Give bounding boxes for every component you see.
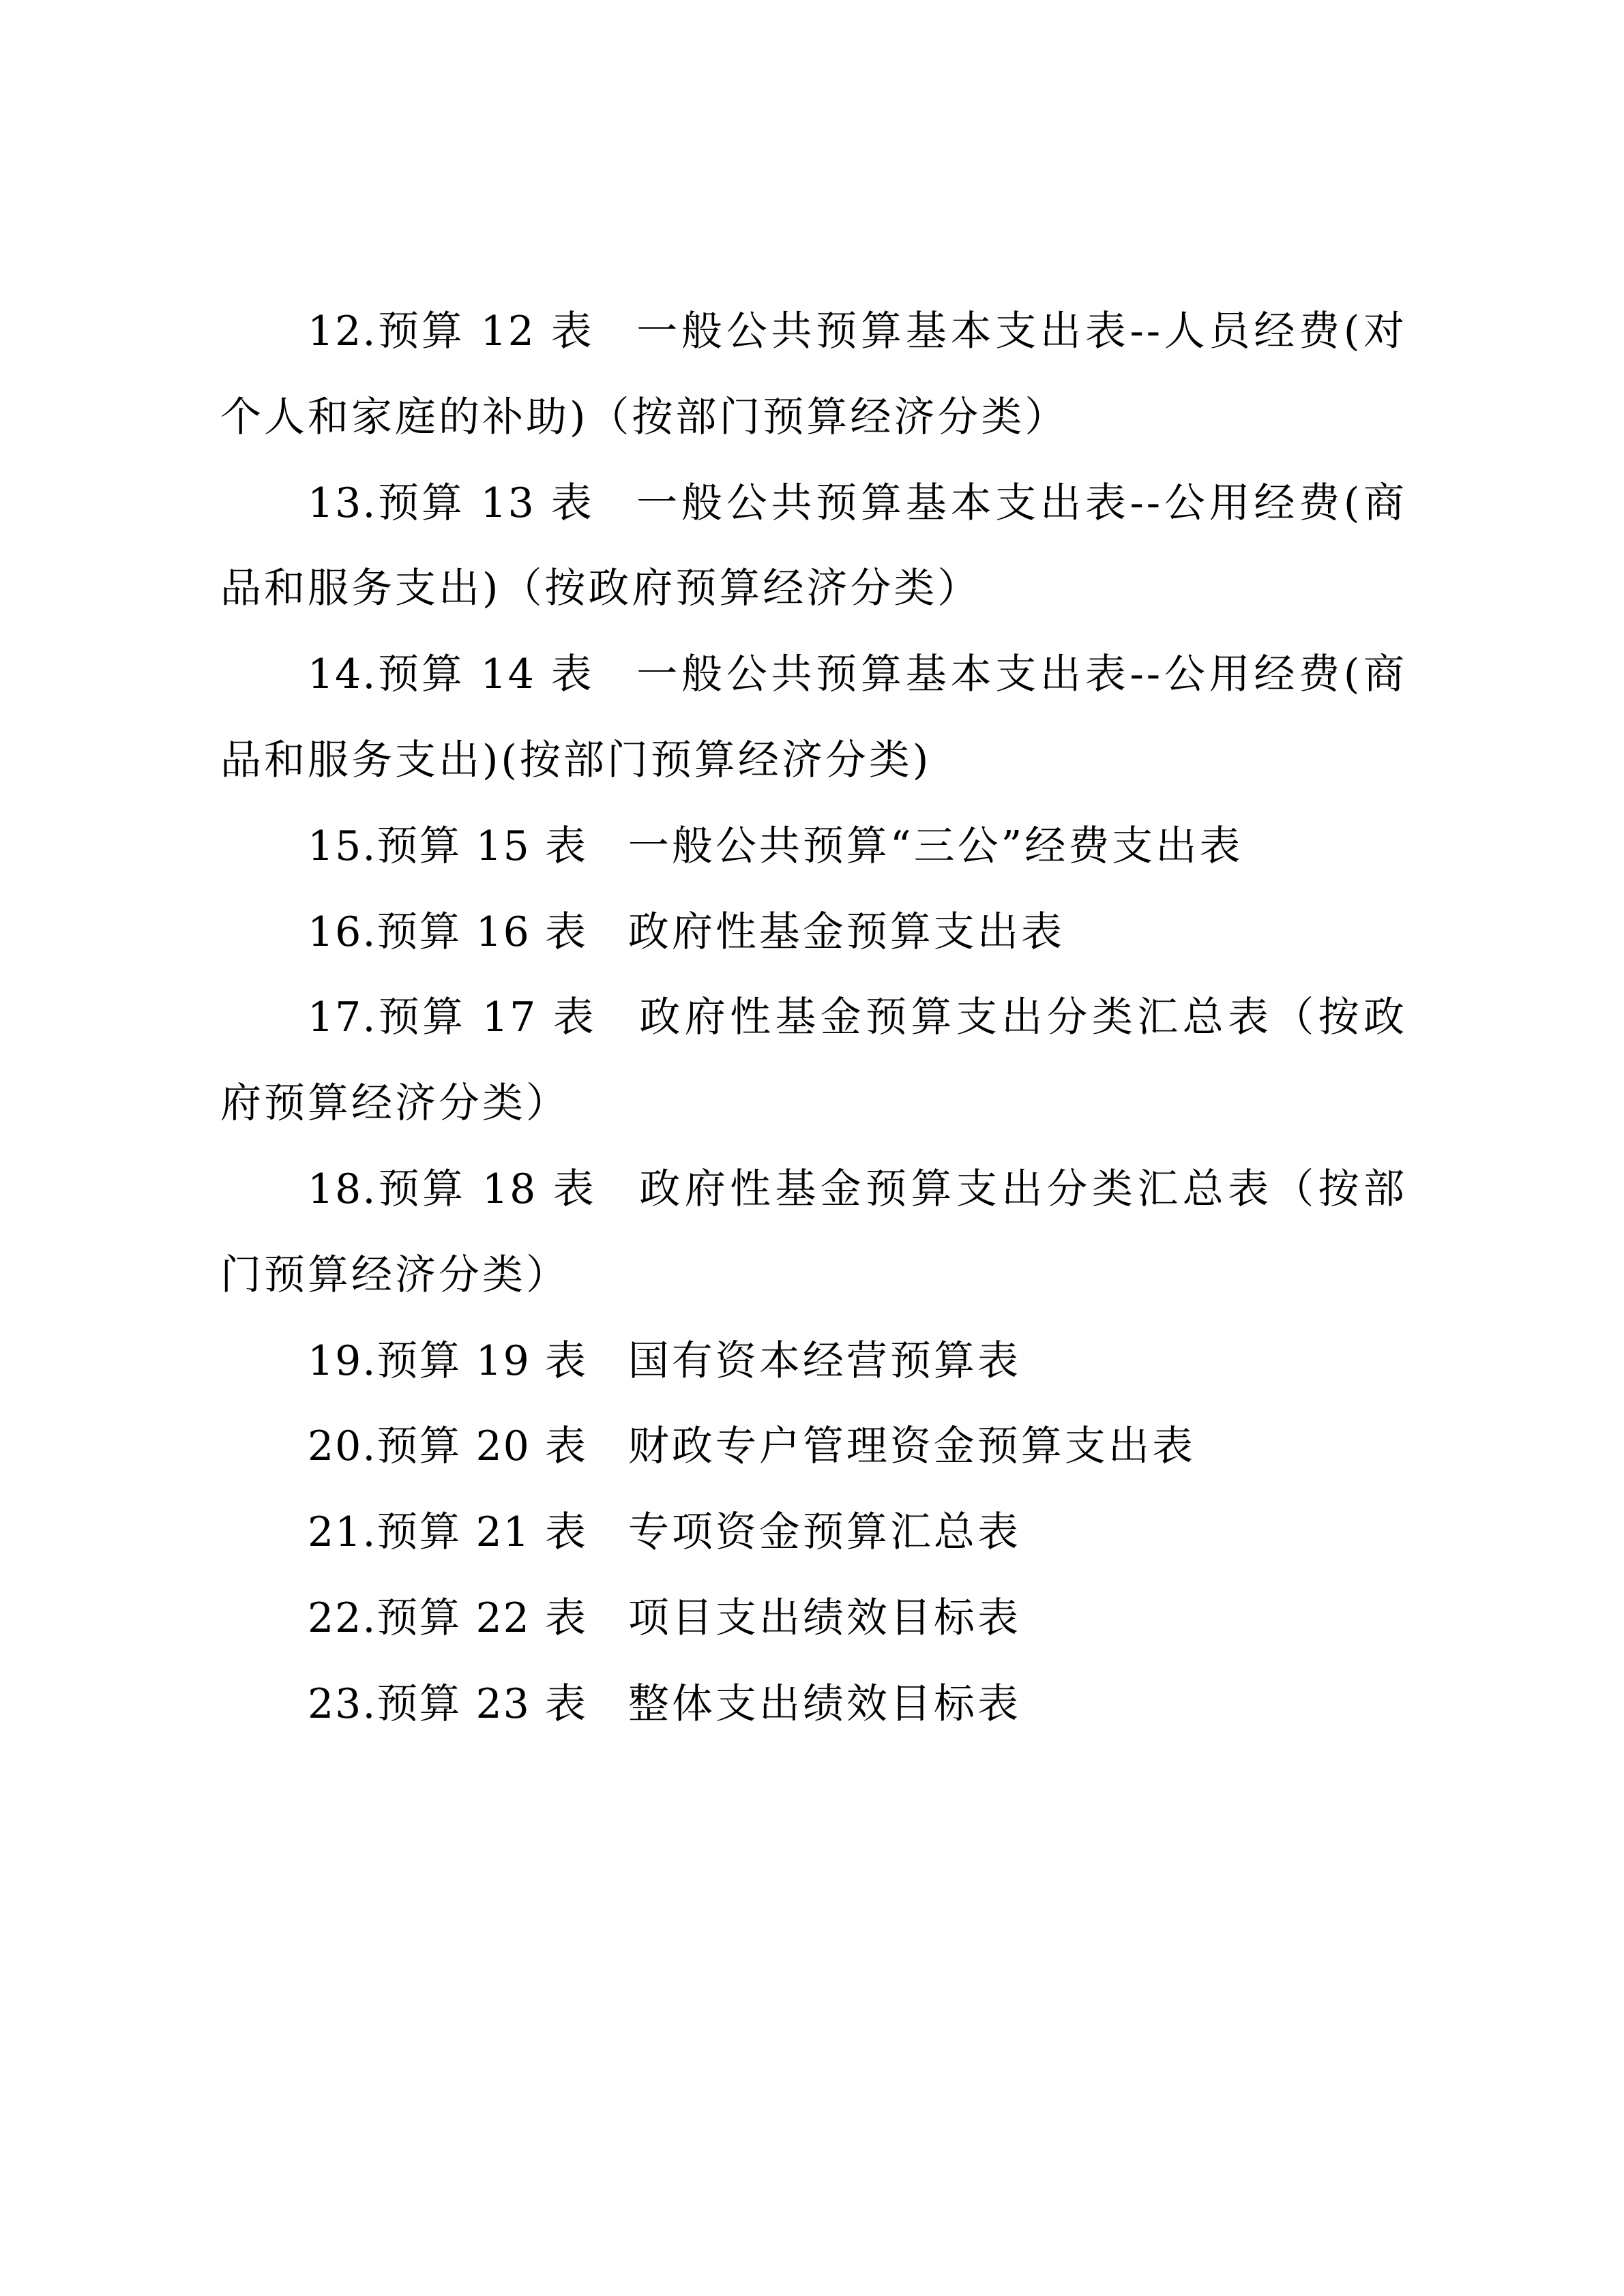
item-index: 18. (308, 1165, 377, 1213)
item-index: 14. (308, 651, 377, 698)
item-title: 项目支出绩效目标表 (628, 1594, 1021, 1642)
list-item-budget-table-12: 12.预算 12 表一般公共预算基本支出表--人员经费(对个人和家庭的补助)（按… (220, 289, 1407, 461)
item-code: 预算 13 表 (377, 479, 594, 527)
item-code: 预算 14 表 (377, 651, 594, 698)
list-item-budget-table-20: 20.预算 20 表财政专户管理资金预算支出表 (220, 1404, 1407, 1490)
list-item-budget-table-21: 21.预算 21 表专项资金预算汇总表 (220, 1490, 1407, 1576)
list-item-budget-table-22: 22.预算 22 表项目支出绩效目标表 (220, 1576, 1407, 1662)
item-code: 预算 12 表 (377, 308, 594, 355)
item-index: 20. (308, 1422, 377, 1470)
item-index: 23. (308, 1680, 377, 1728)
list-item-budget-table-15: 15.预算 15 表一般公共预算“三公”经费支出表 (220, 804, 1407, 890)
list-item-budget-table-13: 13.预算 13 表一般公共预算基本支出表--公用经费(商品和服务支出)（按政府… (220, 461, 1407, 633)
item-index: 13. (308, 479, 377, 527)
list-item-budget-table-16: 16.预算 16 表政府性基金预算支出表 (220, 890, 1407, 976)
item-index: 19. (308, 1337, 377, 1385)
item-code: 预算 17 表 (377, 994, 597, 1041)
item-code: 预算 23 表 (377, 1680, 587, 1728)
item-index: 16. (308, 908, 377, 956)
list-item-budget-table-19: 19.预算 19 表国有资本经营预算表 (220, 1319, 1407, 1405)
item-index: 22. (308, 1594, 377, 1642)
item-code: 预算 21 表 (377, 1508, 587, 1556)
item-title: 财政专户管理资金预算支出表 (628, 1422, 1196, 1470)
list-item-budget-table-14: 14.预算 14 表一般公共预算基本支出表--公用经费(商品和服务支出)(按部门… (220, 632, 1407, 804)
item-title: 国有资本经营预算表 (628, 1337, 1021, 1385)
item-code: 预算 15 表 (377, 822, 587, 870)
list-item-budget-table-23: 23.预算 23 表整体支出绩效目标表 (220, 1662, 1407, 1748)
item-code: 预算 22 表 (377, 1594, 587, 1642)
item-code: 预算 16 表 (377, 908, 587, 956)
item-index: 12. (308, 308, 377, 355)
item-title: 专项资金预算汇总表 (628, 1508, 1021, 1556)
item-code: 预算 18 表 (377, 1165, 597, 1213)
item-title: 政府性基金预算支出表 (628, 908, 1065, 956)
item-code: 预算 19 表 (377, 1337, 587, 1385)
item-index: 17. (308, 994, 377, 1041)
item-code: 预算 20 表 (377, 1422, 587, 1470)
document-page: 12.预算 12 表一般公共预算基本支出表--人员经费(对个人和家庭的补助)（按… (220, 289, 1407, 1748)
item-title: 一般公共预算“三公”经费支出表 (628, 822, 1243, 870)
item-index: 15. (308, 822, 377, 870)
list-item-budget-table-18: 18.预算 18 表政府性基金预算支出分类汇总表（按部门预算经济分类） (220, 1147, 1407, 1319)
list-item-budget-table-17: 17.预算 17 表政府性基金预算支出分类汇总表（按政府预算经济分类） (220, 975, 1407, 1147)
item-index: 21. (308, 1508, 377, 1556)
item-title: 整体支出绩效目标表 (628, 1680, 1021, 1728)
